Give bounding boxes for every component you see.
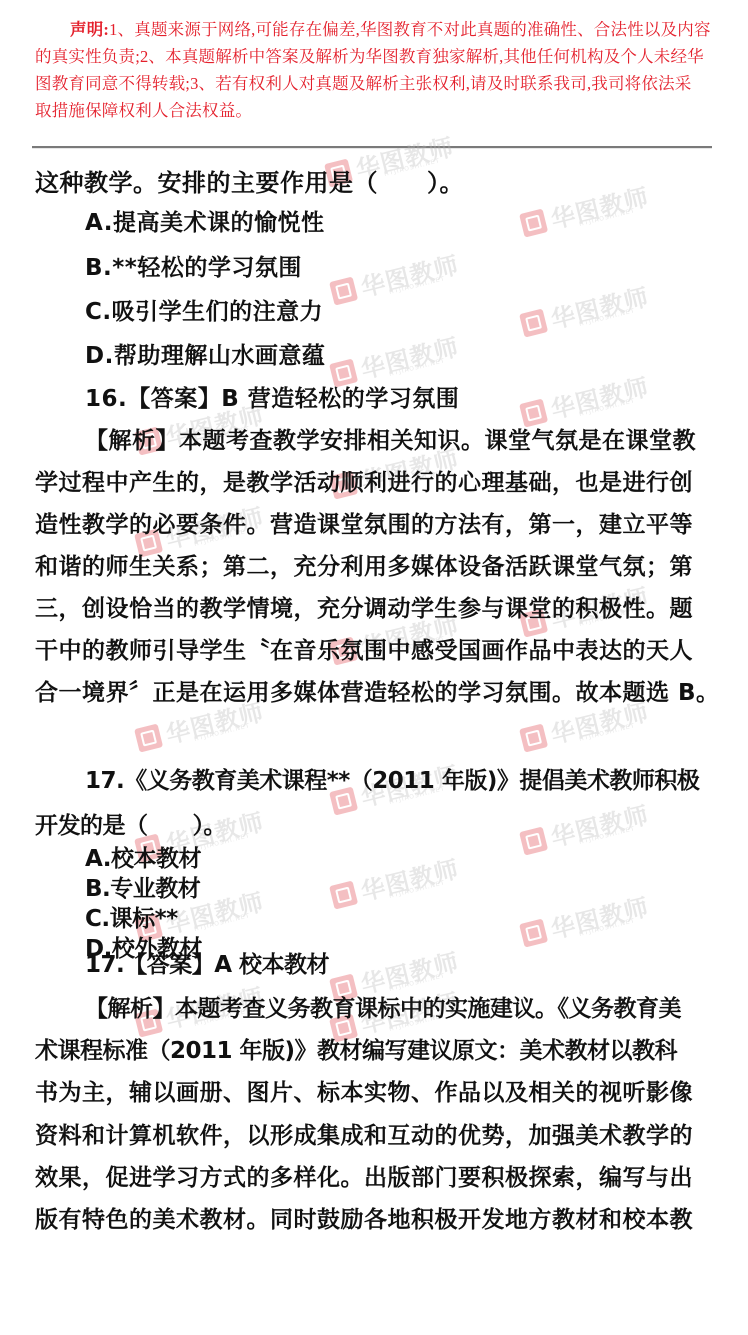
- watermark-subtext: HTJIAOSHI.NET: [388, 357, 445, 378]
- watermark-subtext: HTJIAOSHI.NET: [193, 912, 250, 933]
- watermark-logo-icon: [519, 919, 548, 948]
- q16-option-c: C.吸引学生们的注意力: [85, 293, 323, 326]
- watermark-text: 华图教师: [547, 177, 652, 235]
- watermark-subtext: HTJIAOSHI.NET: [578, 207, 635, 228]
- watermark-subtext: HTJIAOSHI.NET: [578, 825, 635, 846]
- watermark-text: 华图教师: [547, 887, 652, 945]
- watermark: 华图教师HTJIAOSHI.NET: [517, 275, 655, 346]
- disclaimer-line-4: 取措施保障权利人合法权益。: [35, 97, 715, 124]
- q16-option-a: A.提高美术课的愉悦性: [85, 204, 324, 237]
- q17-analysis-line-2: 术课程标准（2011 年版)》教材编写建议原文：美术教材以教科: [35, 1032, 677, 1065]
- q16-analysis-line-6: 干中的教师引导学生〝在音乐氛围中感受国画作品中表达的天人: [35, 632, 693, 665]
- watermark-text: 华图教师: [547, 795, 652, 853]
- watermark-text: 华图教师: [357, 327, 462, 385]
- watermark-logo-icon: [329, 881, 358, 910]
- q17-answer: 17.【答案】A 校本教材: [85, 946, 329, 979]
- watermark: 华图教师HTJIAOSHI.NET: [327, 847, 465, 918]
- q16-analysis-line-5: 三，创设恰当的教学情境，充分调动学生参与课堂的积极性。题: [35, 590, 693, 623]
- q17-analysis-line-5: 效果，促进学习方式的多样化。出版部门要积极探索，编写与出: [35, 1159, 693, 1192]
- watermark: 华图教师HTJIAOSHI.NET: [517, 175, 655, 246]
- document-page: 声明:1、真题来源于网络,可能存在偏差,华图教育不对此真题的准确性、合法性以及内…: [0, 0, 748, 1335]
- watermark-subtext: HTJIAOSHI.NET: [578, 307, 635, 328]
- q16-analysis-line-2: 学过程中产生的，是教学活动顺利进行的心理基础，也是进行创: [35, 464, 693, 497]
- header-divider: [32, 146, 712, 149]
- watermark-logo-icon: [329, 277, 358, 306]
- watermark-subtext: HTJIAOSHI.NET: [388, 879, 445, 900]
- q17-option-b: B.专业教材: [85, 870, 200, 903]
- watermark-logo-icon: [519, 827, 548, 856]
- watermark-logo-icon: [519, 724, 548, 753]
- q17-stem-line-1: 17.《义务教育美术课程**（2011 年版)》提倡美术教师积极: [85, 762, 699, 795]
- watermark-text: 华图教师: [547, 367, 652, 425]
- watermark-subtext: HTJIAOSHI.NET: [388, 275, 445, 296]
- q16-analysis-line-7: 合一境界〞正是在运用多媒体营造轻松的学习氛围。故本题选 B。: [35, 674, 720, 707]
- watermark-subtext: HTJIAOSHI.NET: [193, 722, 250, 743]
- watermark-logo-icon: [519, 309, 548, 338]
- watermark: 华图教师HTJIAOSHI.NET: [517, 793, 655, 864]
- q16-answer: 16.【答案】B 营造轻松的学习氛围: [85, 380, 459, 413]
- q17-analysis-line-3: 书为主，辅以画册、图片、标本实物、作品以及相关的视听影像: [35, 1074, 693, 1107]
- disclaimer-line-2: 的真实性负责;2、本真题解析中答案及解析为华图教育独家解析,其他任何机构及个人未…: [35, 43, 715, 70]
- watermark-subtext: HTJIAOSHI.NET: [578, 722, 635, 743]
- q16-option-b: B.**轻松的学习氛围: [85, 249, 302, 282]
- watermark: 华图教师HTJIAOSHI.NET: [517, 885, 655, 956]
- watermark-logo-icon: [519, 209, 548, 238]
- q17-option-a: A.校本教材: [85, 840, 201, 873]
- disclaimer-line-3: 图教育同意不得转载;3、若有权利人对真题及解析主张权利,请及时联系我司,我司将依…: [35, 70, 715, 97]
- disclaimer-line-1: 声明:1、真题来源于网络,可能存在偏差,华图教育不对此真题的准确性、合法性以及内…: [35, 16, 715, 43]
- watermark-logo-icon: [134, 724, 163, 753]
- q16-analysis-line-3: 造性教学的必要条件。营造课堂氛围的方法有，第一，建立平等: [35, 506, 693, 539]
- q16-analysis-line-4: 和谐的师生关系；第二，充分利用多媒体设备活跃课堂气氛；第: [35, 548, 693, 581]
- watermark-text: 华图教师: [547, 277, 652, 335]
- watermark-text: 华图教师: [357, 245, 462, 303]
- q17-stem-line-2: 开发的是（ ）。: [35, 807, 226, 840]
- q17-analysis-line-4: 资料和计算机软件，以形成集成和互动的优势，加强美术教学的: [35, 1117, 693, 1150]
- q16-stem: 这种教学。安排的主要作用是（ ）。: [35, 163, 464, 198]
- disclaimer-text-1: 1、真题来源于网络,可能存在偏差,华图教育不对此真题的准确性、合法性以及内容: [109, 20, 711, 39]
- q17-option-c: C.课标**: [85, 900, 178, 933]
- disclaimer: 声明:1、真题来源于网络,可能存在偏差,华图教育不对此真题的准确性、合法性以及内…: [35, 16, 715, 124]
- watermark-subtext: HTJIAOSHI.NET: [578, 397, 635, 418]
- watermark: 华图教师HTJIAOSHI.NET: [327, 243, 465, 314]
- q17-analysis-line-6: 版有特色的美术教材。同时鼓励各地积极开发地方教材和校本教: [35, 1201, 693, 1234]
- q16-option-d: D.帮助理解山水画意蕴: [85, 337, 325, 370]
- watermark-text: 华图教师: [357, 849, 462, 907]
- disclaimer-label: 声明:: [70, 20, 109, 39]
- q16-analysis-line-1: 【解析】本题考查教学安排相关知识。课堂气氛是在课堂教: [85, 422, 696, 455]
- watermark-subtext: HTJIAOSHI.NET: [578, 917, 635, 938]
- q17-analysis-line-1: 【解析】本题考查义务教育课标中的实施建议。《义务教育美: [85, 990, 681, 1023]
